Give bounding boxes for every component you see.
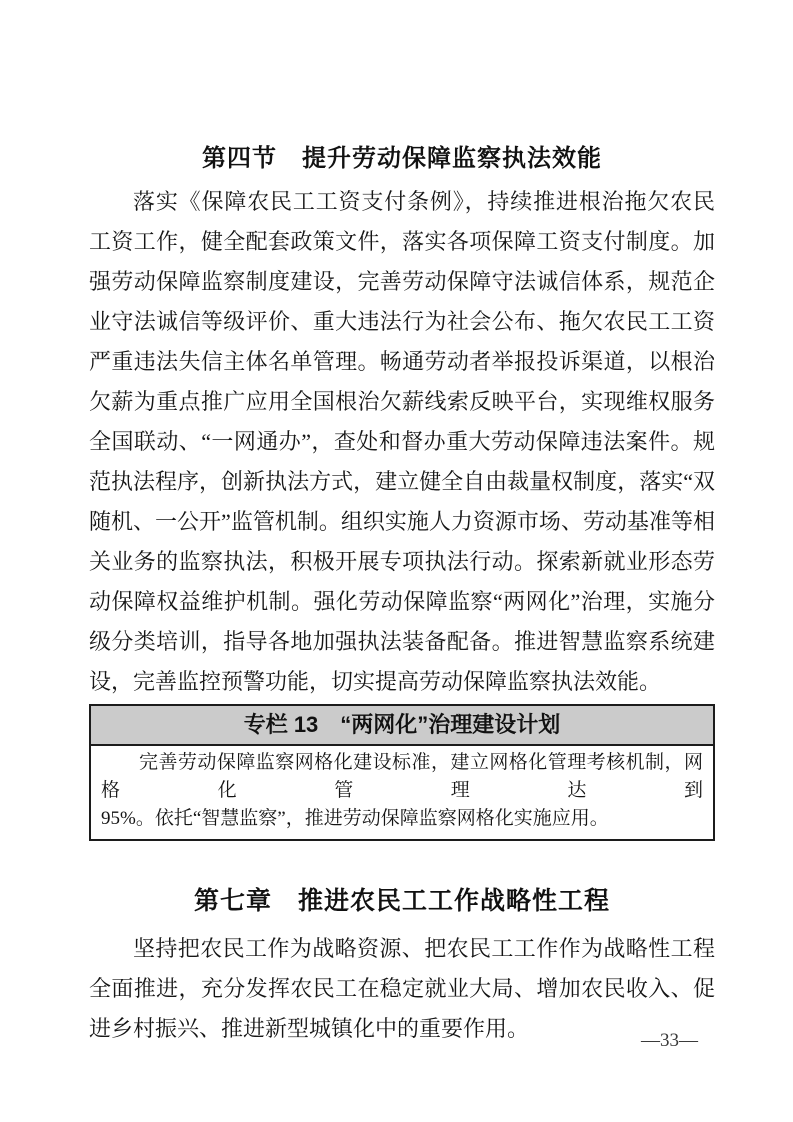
paragraph-line: 坚持把农民工作为战略资源、把农民工工作作为战略性工程 (89, 929, 715, 969)
callout-box-body: 完善劳动保障监察网格化建设标准，建立网格化管理考核机制，网格化管理达到95%。依… (91, 746, 713, 839)
paragraph-line: 关业务的监察执法，积极开展专项执法行动。探索新就业形态劳 (89, 542, 715, 582)
callout-box-title: 专栏 13 “两网化”治理建设计划 (91, 706, 713, 746)
paragraph-line: 范执法程序，创新执法方式，建立健全自由裁量权制度，落实“双 (89, 462, 715, 502)
paragraph-line: 设，完善监控预警功能，切实提高劳动保障监察执法效能。 (89, 662, 715, 702)
chapter-heading: 第七章 推进农民工工作战略性工程 (89, 883, 715, 921)
paragraph-line: 随机、一公开”监管机制。组织实施人力资源市场、劳动基准等相 (89, 502, 715, 542)
section-heading: 第四节 提升劳动保障监察执法效能 (89, 140, 715, 178)
paragraph-section-4: 落实《保障农民工工资支付条例》，持续推进根治拖欠农民工工资工作，健全配套政策文件… (89, 182, 715, 702)
page-content: 第四节 提升劳动保障监察执法效能 落实《保障农民工工资支付条例》，持续推进根治拖… (89, 140, 715, 1049)
paragraph-chapter-7: 坚持把农民工作为战略资源、把农民工工作作为战略性工程全面推进，充分发挥农民工在稳… (89, 929, 715, 1049)
paragraph-line: 欠薪为重点推广应用全国根治欠薪线索反映平台，实现维权服务 (89, 382, 715, 422)
document-page: 第四节 提升劳动保障监察执法效能 落实《保障农民工工资支付条例》，持续推进根治拖… (0, 0, 793, 1122)
paragraph-line: 全国联动、“一网通办”，查处和督办重大劳动保障违法案件。规 (89, 422, 715, 462)
paragraph-line: 强劳动保障监察制度建设，完善劳动保障守法诚信体系，规范企 (89, 262, 715, 302)
paragraph-line: 工资工作，健全配套政策文件，落实各项保障工资支付制度。加 (89, 222, 715, 262)
paragraph-line: 全面推进，充分发挥农民工在稳定就业大局、增加农民收入、促 (89, 969, 715, 1009)
paragraph-line: 进乡村振兴、推进新型城镇化中的重要作用。 (89, 1009, 715, 1049)
callout-box-line: 95%。依托“智慧监察”，推进劳动保障监察网格化实施应用。 (101, 805, 703, 833)
page-number: —33— (641, 1030, 698, 1052)
callout-box-13: 专栏 13 “两网化”治理建设计划 完善劳动保障监察网格化建设标准，建立网格化管… (89, 704, 715, 841)
callout-box-line: 完善劳动保障监察网格化建设标准，建立网格化管理考核机制，网格化管理达到 (101, 749, 703, 805)
paragraph-line: 业守法诚信等级评价、重大违法行为社会公布、拖欠农民工工资 (89, 302, 715, 342)
paragraph-line: 级分类培训，指导各地加强执法装备配备。推进智慧监察系统建 (89, 622, 715, 662)
paragraph-line: 严重违法失信主体名单管理。畅通劳动者举报投诉渠道，以根治 (89, 342, 715, 382)
paragraph-line: 落实《保障农民工工资支付条例》，持续推进根治拖欠农民工 (89, 182, 715, 222)
paragraph-line: 动保障权益维护机制。强化劳动保障监察“两网化”治理，实施分 (89, 582, 715, 622)
